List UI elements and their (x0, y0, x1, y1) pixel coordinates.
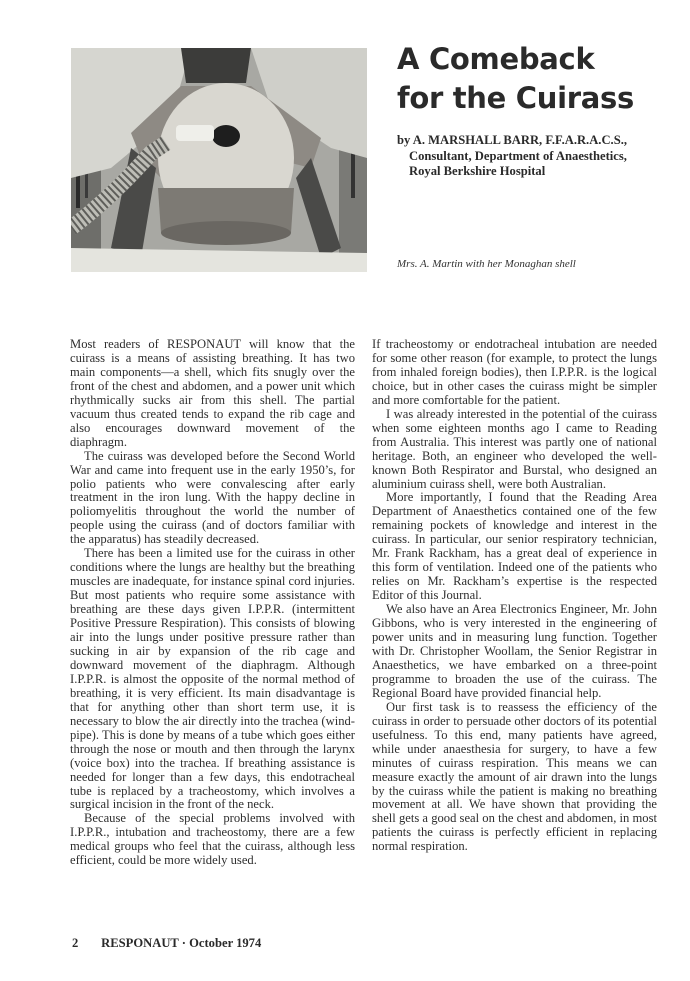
byline: by A. MARSHALL BARR, F.F.A.R.A.C.S., Con… (397, 133, 677, 180)
paragraph: Because of the special problems involved… (70, 812, 355, 868)
page-number: 2 (72, 936, 98, 951)
publication-info: RESPONAUT · October 1974 (101, 936, 261, 950)
paragraph: We also have an Area Electronics Enginee… (372, 603, 657, 701)
page-footer: 2 RESPONAUT · October 1974 (72, 936, 261, 951)
paragraph: Our first task is to reassess the effici… (372, 701, 657, 854)
title-line-2: for the Cuirass (397, 79, 677, 118)
paragraph: Most readers of RESPONAUT will know that… (70, 338, 355, 450)
paragraph: I was already interested in the potentia… (372, 408, 657, 492)
article-photo (71, 48, 367, 272)
left-column: Most readers of RESPONAUT will know that… (70, 338, 355, 868)
photo-image-icon (71, 48, 367, 272)
right-column: If tracheostomy or endotracheal intubati… (372, 338, 657, 854)
paragraph: More importantly, I found that the Readi… (372, 491, 657, 603)
byline-position: Consultant, Department of Anaesthetics, (397, 149, 677, 165)
paragraph: If tracheostomy or endotracheal intubati… (372, 338, 657, 408)
byline-author: by A. MARSHALL BARR, F.F.A.R.A.C.S., (397, 133, 677, 149)
byline-institution: Royal Berkshire Hospital (397, 164, 677, 180)
photo-caption: Mrs. A. Martin with her Monaghan shell (397, 258, 677, 270)
title-line-1: A Comeback (397, 40, 677, 79)
paragraph: There has been a limited use for the cui… (70, 547, 355, 812)
article-title: A Comeback for the Cuirass (397, 40, 677, 118)
paragraph: The cuirass was developed before the Sec… (70, 450, 355, 548)
